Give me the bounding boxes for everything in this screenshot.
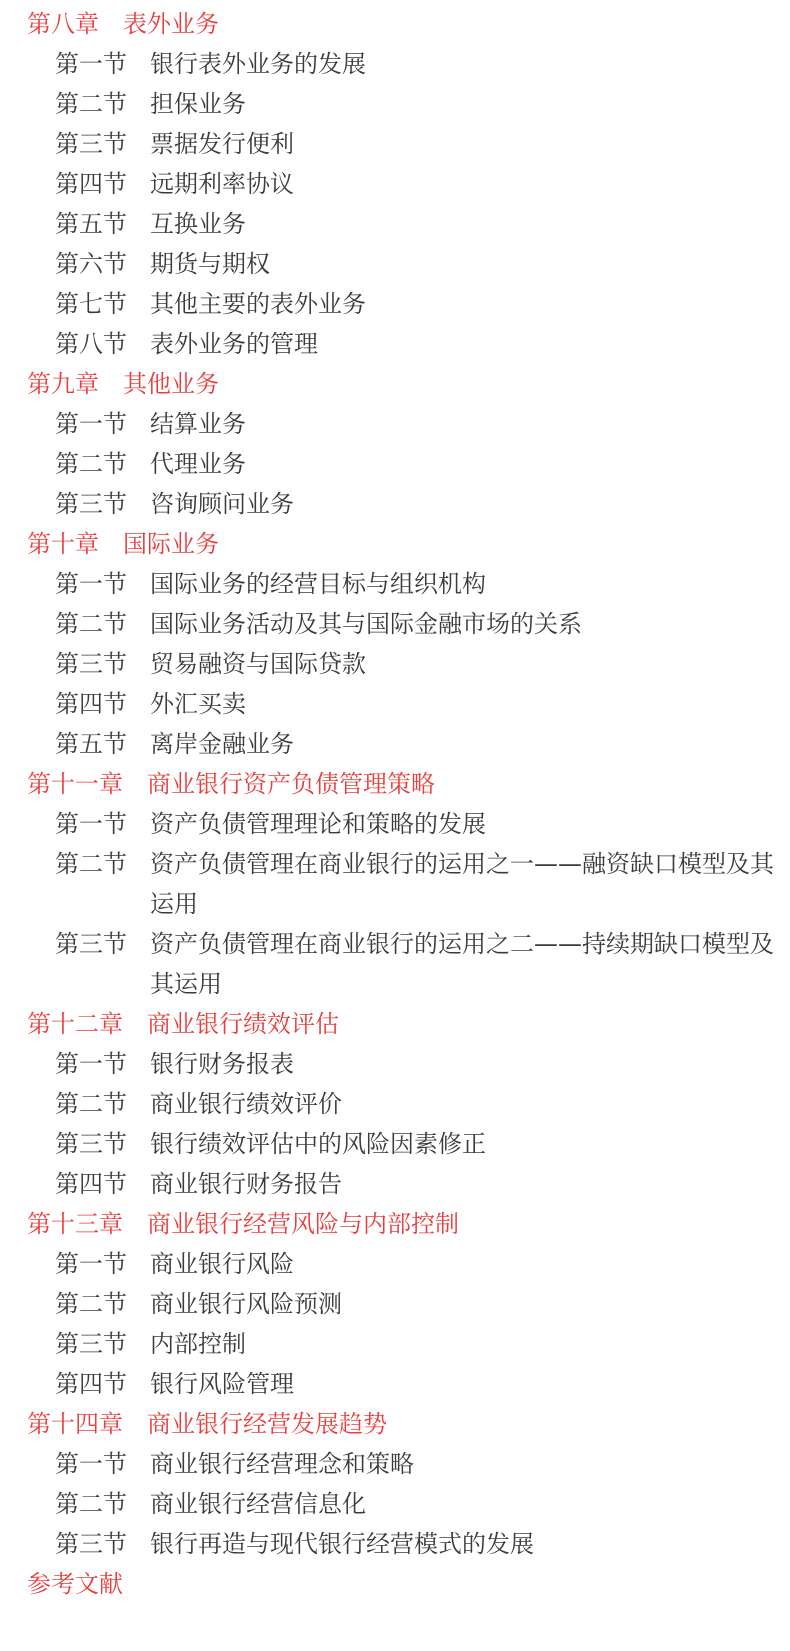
toc-section-row: 第三节票据发行便利 [0,124,790,164]
section-title: 担保业务 [150,84,790,124]
section-number: 第四节 [55,684,127,724]
toc-section-row: 第六节期货与期权 [0,244,790,284]
section-title: 外汇买卖 [150,684,790,724]
toc-section-row: 第三节贸易融资与国际贷款 [0,644,790,684]
section-title-line: 资产负债管理在商业银行的运用之一——融资缺口模型及其 [150,844,790,884]
chapter-title-line: 国际业务 [123,524,219,564]
section-title: 贸易融资与国际贷款 [150,644,790,684]
chapter-title-line: 商业银行绩效评估 [147,1004,339,1044]
chapter-title: 国际业务 [123,524,219,564]
section-title-line: 运用 [150,884,790,924]
toc-section-row: 第二节代理业务 [0,444,790,484]
section-number: 第二节 [55,84,127,124]
section-title: 表外业务的管理 [150,324,790,364]
section-title: 商业银行风险 [150,1244,790,1284]
chapter-title-line: 表外业务 [123,4,219,44]
section-title-line: 商业银行财务报告 [150,1164,790,1204]
toc-section-row: 第二节担保业务 [0,84,790,124]
toc-section-row: 第二节商业银行风险预测 [0,1284,790,1324]
section-number: 第四节 [55,1164,127,1204]
chapter-number: 第十二章 [27,1010,123,1038]
section-number: 第一节 [55,1444,127,1484]
section-title-line: 资产负债管理理论和策略的发展 [150,804,790,844]
section-number: 第一节 [55,1044,127,1084]
section-title: 票据发行便利 [150,124,790,164]
section-number: 第五节 [55,724,127,764]
chapter-title-line: 商业银行经营发展趋势 [147,1404,387,1444]
section-title-line: 贸易融资与国际贷款 [150,644,790,684]
toc-chapter-row: 第十一章商业银行资产负债管理策略 [0,764,790,804]
section-title-line: 离岸金融业务 [150,724,790,764]
section-number: 第二节 [55,1484,127,1524]
section-title-line: 互换业务 [150,204,790,244]
section-title-line: 咨询顾问业务 [150,484,790,524]
section-number: 第三节 [55,1324,127,1364]
toc-list: 第八章表外业务第一节银行表外业务的发展第二节担保业务第三节票据发行便利第四节远期… [0,4,790,1604]
section-title: 离岸金融业务 [150,724,790,764]
section-title-line: 银行绩效评估中的风险因素修正 [150,1124,790,1164]
section-title-line: 国际业务的经营目标与组织机构 [150,564,790,604]
section-number: 第三节 [55,644,127,684]
section-title: 资产负债管理在商业银行的运用之一——融资缺口模型及其运用 [150,844,790,924]
toc-chapter-row: 第八章表外业务 [0,4,790,44]
toc-section-row: 第二节商业银行绩效评价 [0,1084,790,1124]
toc-section-row: 第一节商业银行风险 [0,1244,790,1284]
toc-section-row: 第二节资产负债管理在商业银行的运用之一——融资缺口模型及其运用 [0,844,790,924]
toc-section-row: 第四节远期利率协议 [0,164,790,204]
toc-section-row: 第五节互换业务 [0,204,790,244]
toc-section-row: 第一节国际业务的经营目标与组织机构 [0,564,790,604]
section-number: 第五节 [55,204,127,244]
toc-section-row: 第二节国际业务活动及其与国际金融市场的关系 [0,604,790,644]
toc-chapter-row: 第九章其他业务 [0,364,790,404]
section-title: 商业银行经营理念和策略 [150,1444,790,1484]
section-title-line: 银行财务报表 [150,1044,790,1084]
section-number: 第三节 [55,924,127,964]
section-number: 第一节 [55,804,127,844]
chapter-title: 商业银行经营风险与内部控制 [147,1204,459,1244]
section-title: 资产负债管理理论和策略的发展 [150,804,790,844]
section-title: 银行财务报表 [150,1044,790,1084]
section-title: 结算业务 [150,404,790,444]
chapter-title: 表外业务 [123,4,219,44]
section-title: 银行风险管理 [150,1364,790,1404]
toc-section-row: 第四节商业银行财务报告 [0,1164,790,1204]
section-title-line: 期货与期权 [150,244,790,284]
chapter-number: 第十章 [27,530,99,558]
toc-section-row: 第一节结算业务 [0,404,790,444]
chapter-title: 商业银行绩效评估 [147,1004,339,1044]
toc-page: 第八章表外业务第一节银行表外业务的发展第二节担保业务第三节票据发行便利第四节远期… [0,0,790,1604]
section-number: 第七节 [55,284,127,324]
backmatter-label: 参考文献 [27,1570,123,1598]
section-title: 代理业务 [150,444,790,484]
section-title-line: 商业银行经营理念和策略 [150,1444,790,1484]
section-title-line: 资产负债管理在商业银行的运用之二——持续期缺口模型及 [150,924,790,964]
section-number: 第四节 [55,164,127,204]
section-title: 国际业务活动及其与国际金融市场的关系 [150,604,790,644]
chapter-number: 第十四章 [27,1410,123,1438]
section-title-line: 银行表外业务的发展 [150,44,790,84]
section-number: 第一节 [55,44,127,84]
section-title-line: 商业银行风险 [150,1244,790,1284]
toc-section-row: 第一节商业银行经营理念和策略 [0,1444,790,1484]
section-number: 第三节 [55,1124,127,1164]
section-title-line: 内部控制 [150,1324,790,1364]
toc-chapter-row: 第十二章商业银行绩效评估 [0,1004,790,1044]
toc-section-row: 第五节离岸金融业务 [0,724,790,764]
section-title-line: 国际业务活动及其与国际金融市场的关系 [150,604,790,644]
section-title: 商业银行经营信息化 [150,1484,790,1524]
chapter-title: 商业银行经营发展趋势 [147,1404,387,1444]
section-number: 第六节 [55,244,127,284]
section-number: 第八节 [55,324,127,364]
toc-section-row: 第一节银行财务报表 [0,1044,790,1084]
chapter-title: 其他业务 [123,364,219,404]
section-title: 互换业务 [150,204,790,244]
toc-section-row: 第三节内部控制 [0,1324,790,1364]
toc-chapter-row: 第十三章商业银行经营风险与内部控制 [0,1204,790,1244]
section-title: 商业银行风险预测 [150,1284,790,1324]
toc-section-row: 第三节咨询顾问业务 [0,484,790,524]
section-title: 资产负债管理在商业银行的运用之二——持续期缺口模型及其运用 [150,924,790,1004]
section-title-line: 外汇买卖 [150,684,790,724]
toc-section-row: 第四节外汇买卖 [0,684,790,724]
toc-section-row: 第三节银行再造与现代银行经营模式的发展 [0,1524,790,1564]
section-title-line: 担保业务 [150,84,790,124]
section-number: 第一节 [55,1244,127,1284]
toc-backmatter-row: 参考文献 [0,1564,790,1604]
section-number: 第四节 [55,1364,127,1404]
section-number: 第二节 [55,1284,127,1324]
section-title: 商业银行财务报告 [150,1164,790,1204]
section-title: 内部控制 [150,1324,790,1364]
chapter-title-line: 商业银行资产负债管理策略 [147,764,435,804]
chapter-title-line: 其他业务 [123,364,219,404]
section-title-line: 其他主要的表外业务 [150,284,790,324]
section-title-line: 表外业务的管理 [150,324,790,364]
chapter-title-line: 商业银行经营风险与内部控制 [147,1204,459,1244]
section-title-line: 其运用 [150,964,790,1004]
section-title: 商业银行绩效评价 [150,1084,790,1124]
toc-chapter-row: 第十四章商业银行经营发展趋势 [0,1404,790,1444]
section-number: 第二节 [55,604,127,644]
section-title: 银行表外业务的发展 [150,44,790,84]
section-title: 银行再造与现代银行经营模式的发展 [150,1524,790,1564]
toc-chapter-row: 第十章国际业务 [0,524,790,564]
section-number: 第一节 [55,564,127,604]
toc-section-row: 第三节银行绩效评估中的风险因素修正 [0,1124,790,1164]
section-title: 国际业务的经营目标与组织机构 [150,564,790,604]
toc-section-row: 第八节表外业务的管理 [0,324,790,364]
chapter-number: 第十三章 [27,1210,123,1238]
section-number: 第二节 [55,1084,127,1124]
section-number: 第二节 [55,844,127,884]
chapter-number: 第八章 [27,10,99,38]
toc-section-row: 第二节商业银行经营信息化 [0,1484,790,1524]
section-title-line: 银行再造与现代银行经营模式的发展 [150,1524,790,1564]
section-title-line: 商业银行风险预测 [150,1284,790,1324]
section-title-line: 票据发行便利 [150,124,790,164]
section-title-line: 远期利率协议 [150,164,790,204]
section-title: 银行绩效评估中的风险因素修正 [150,1124,790,1164]
section-title: 期货与期权 [150,244,790,284]
section-number: 第一节 [55,404,127,444]
section-number: 第三节 [55,484,127,524]
section-number: 第三节 [55,124,127,164]
toc-section-row: 第四节银行风险管理 [0,1364,790,1404]
toc-section-row: 第七节其他主要的表外业务 [0,284,790,324]
toc-section-row: 第一节资产负债管理理论和策略的发展 [0,804,790,844]
section-title-line: 结算业务 [150,404,790,444]
section-title: 其他主要的表外业务 [150,284,790,324]
toc-section-row: 第三节资产负债管理在商业银行的运用之二——持续期缺口模型及其运用 [0,924,790,1004]
section-title: 咨询顾问业务 [150,484,790,524]
toc-section-row: 第一节银行表外业务的发展 [0,44,790,84]
section-title-line: 代理业务 [150,444,790,484]
section-number: 第三节 [55,1524,127,1564]
chapter-title: 商业银行资产负债管理策略 [147,764,435,804]
section-title: 远期利率协议 [150,164,790,204]
chapter-number: 第九章 [27,370,99,398]
section-title-line: 商业银行绩效评价 [150,1084,790,1124]
section-title-line: 银行风险管理 [150,1364,790,1404]
chapter-number: 第十一章 [27,770,123,798]
section-title-line: 商业银行经营信息化 [150,1484,790,1524]
section-number: 第二节 [55,444,127,484]
